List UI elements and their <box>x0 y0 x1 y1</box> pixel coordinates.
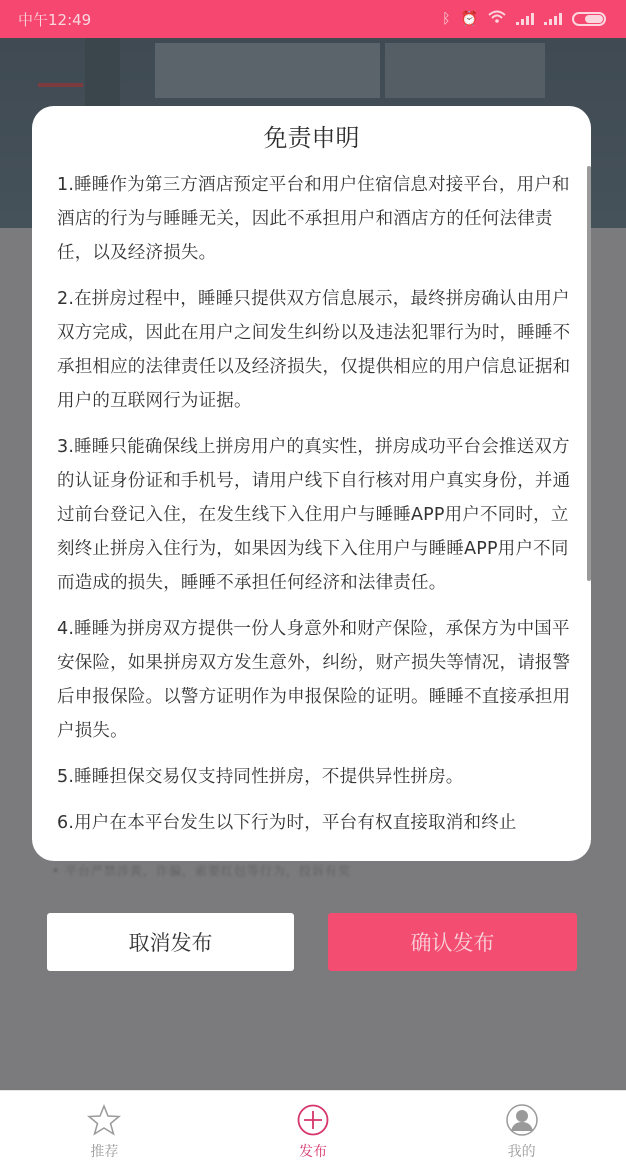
disclaimer-content[interactable]: 1.睡睡作为第三方酒店预定平台和用户住宿信息对接平台，用户和酒店的行为与睡睡无关… <box>32 168 591 840</box>
tab-label: 发布 <box>299 1141 327 1161</box>
disclaimer-paragraph: 4.睡睡为拼房双方提供一份人身意外和财产保险，承保方为中国平安保险，如果拼房双方… <box>57 612 575 748</box>
dialog-title: 免责申明 <box>32 106 591 168</box>
bluetooth-icon: ᛒ <box>442 11 450 27</box>
disclaimer-paragraph: 1.睡睡作为第三方酒店预定平台和用户住宿信息对接平台，用户和酒店的行为与睡睡无关… <box>57 168 575 270</box>
cancel-publish-button[interactable]: 取消发布 <box>47 913 294 971</box>
confirm-publish-button[interactable]: 确认发布 <box>328 913 577 971</box>
plus-circle-icon <box>296 1103 330 1137</box>
screen: 中午12:49 ᛒ ⏰ • 平台严禁涉黄，诈骗，索要红包等行为，投诉有奖 免责申… <box>0 0 626 1172</box>
tab-recommend[interactable]: 推荐 <box>0 1091 209 1172</box>
user-avatar-icon <box>505 1103 539 1137</box>
disclaimer-paragraph: 6.用户在本平台发生以下行为时，平台有权直接取消和终止 <box>57 806 575 840</box>
battery-icon <box>572 12 606 26</box>
disclaimer-paragraph: 2.在拼房过程中，睡睡只提供双方信息展示，最终拼房确认由用户双方完成，因此在用户… <box>57 282 575 418</box>
bottom-tab-bar: 推荐 发布 我的 <box>0 1090 626 1172</box>
disclaimer-paragraph: 3.睡睡只能确保线上拼房用户的真实性，拼房成功平台会推送双方的认证身份证和手机号… <box>57 430 575 600</box>
signal-icon <box>544 13 562 25</box>
star-icon <box>87 1103 121 1137</box>
status-bar: 中午12:49 ᛒ ⏰ <box>0 0 626 38</box>
tab-label: 我的 <box>508 1141 536 1161</box>
tab-label: 推荐 <box>90 1141 118 1161</box>
background-notice-text: • 平台严禁涉黄，诈骗，索要红包等行为，投诉有奖 <box>52 862 452 876</box>
disclaimer-dialog: 免责申明 1.睡睡作为第三方酒店预定平台和用户住宿信息对接平台，用户和酒店的行为… <box>32 106 591 861</box>
wifi-icon <box>488 10 506 28</box>
status-icons: ᛒ ⏰ <box>442 10 606 28</box>
disclaimer-paragraph: 5.睡睡担保交易仅支持同性拼房，不提供异性拼房。 <box>57 760 575 794</box>
signal-icon <box>516 13 534 25</box>
status-time: 中午12:49 <box>18 9 91 30</box>
tab-publish[interactable]: 发布 <box>209 1091 418 1172</box>
tab-mine[interactable]: 我的 <box>417 1091 626 1172</box>
dialog-scrollbar[interactable] <box>587 166 591 581</box>
alarm-icon: ⏰ <box>461 11 478 27</box>
